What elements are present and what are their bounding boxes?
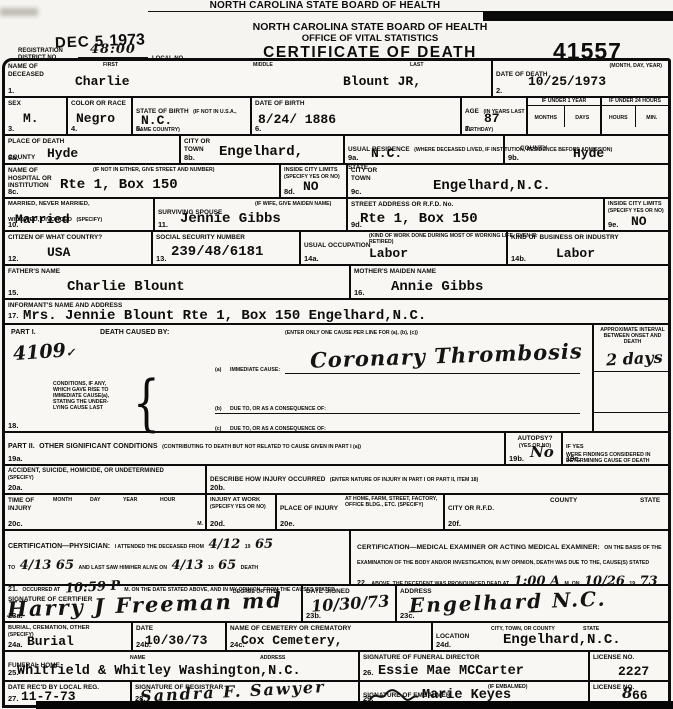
- board-name: NORTH CAROLINA STATE BOARD OF HEALTH: [230, 21, 510, 33]
- row-name: NAME OF DECEASED FIRST MIDDLE LAST Charl…: [5, 61, 668, 98]
- field-sex: SEX M. 3.: [5, 98, 68, 134]
- injury-county-label: COUNTY: [550, 497, 577, 505]
- cert-me-t1: ON THE BASIS OF THE: [604, 545, 661, 551]
- funeral-director-value: Essie Mae MCCarter: [378, 664, 524, 679]
- dod-sublabel: (MONTH, DAY, YEAR): [610, 63, 662, 69]
- item-16: 16.: [354, 288, 364, 297]
- item-8b: 8b.: [184, 153, 195, 162]
- cert-phys-from-year: 65: [255, 537, 273, 552]
- field-hospital: NAME OF HOSPITAL OR INSTITUTION (IF NOT …: [5, 165, 281, 197]
- item-8d: 8d.: [284, 187, 295, 196]
- cert-phys-to-year: 65: [56, 558, 74, 573]
- under1-label: IF UNDER 1 YEAR: [528, 98, 600, 104]
- field-occupation: USUAL OCCUPATION (KIND OF WORK DONE DURI…: [301, 232, 508, 264]
- director-license-value: 2227: [618, 664, 649, 679]
- field-if-under-1-year: IF UNDER 1 YEAR MONTHS DAYS: [528, 98, 602, 134]
- year-header: YEAR: [123, 497, 137, 503]
- sex-value: M.: [23, 111, 39, 126]
- item-24a: 24a.: [8, 640, 23, 649]
- sex-label: SEX: [8, 100, 66, 108]
- field-inside-city-limits-9e: INSIDE CITY LIMITS (SPECIFY YES OR NO) N…: [605, 199, 668, 230]
- last-name-value: Blount JR,: [343, 74, 421, 89]
- item-27: 27.: [8, 694, 18, 703]
- under24-label: IF UNDER 24 HOURS: [602, 98, 668, 104]
- item-20c: 20c.: [8, 519, 23, 528]
- citizen-value: USA: [47, 245, 70, 260]
- field-marital-status: MARRIED, NEVER MARRIED, WIDOWED, DIVORCE…: [5, 199, 155, 230]
- field-industry: KIND OF BUSINESS OR INDUSTRY Labor 14b.: [508, 232, 668, 264]
- certifier-signature: Harry J Freeman md: [7, 587, 284, 622]
- interval-rule-b: [594, 412, 668, 413]
- field-residence-city: CITY OR TOWN Engelhard,N.C. 9c.: [348, 165, 668, 197]
- field-director-license: LICENSE NO. 2227: [590, 652, 668, 680]
- icl8d-value: NO: [303, 179, 319, 194]
- father-label: FATHER'S NAME: [8, 268, 349, 276]
- cemetery-value: Cox Cemetery,: [241, 633, 342, 648]
- item-20d: 20d.: [210, 519, 225, 528]
- item-19b: 19b.: [509, 454, 524, 463]
- field-time-of-injury: TIME OF INJURY MONTH DAY YEAR HOUR M. 20…: [5, 495, 207, 529]
- cert-phys-t3: AND LAST SAW HIM/HER ALIVE ON: [78, 565, 167, 571]
- item-23b: 23b.: [306, 611, 321, 620]
- field-residence-county: COUNTY Hyde 9b.: [505, 136, 668, 163]
- field-manner: ACCIDENT, SUICIDE, HOMICIDE, OR UNDETERM…: [5, 466, 207, 493]
- redaction-bar: [483, 11, 673, 21]
- days-header: DAYS: [575, 115, 589, 121]
- field-date-of-death: DATE OF DEATH (MONTH, DAY, YEAR) 10/25/1…: [493, 61, 668, 96]
- code-4109: 4109✓: [12, 339, 75, 365]
- item-18: 18.: [8, 421, 18, 430]
- code-4109-mark: ✓: [66, 346, 76, 360]
- res-county-value: Hyde: [573, 146, 604, 161]
- item-19c: 19c.: [566, 454, 581, 463]
- ssn-value: 239/48/6181: [171, 244, 263, 260]
- field-funeral-home: FUNERAL HOME NAME ADDRESS Whitfield & Wh…: [5, 652, 360, 680]
- dod-value: 10/25/1973: [528, 74, 606, 89]
- cert-phys-alive-date: 4/13: [172, 558, 204, 573]
- field-age: AGE (IN YEARS LAST BIRTHDAY) 87 7.: [462, 98, 528, 134]
- item-9b: 9b.: [508, 153, 519, 162]
- field-name-of-deceased: NAME OF DECEASED FIRST MIDDLE LAST Charl…: [5, 61, 493, 96]
- field-injury-city-county-state: CITY OR R.F.D. COUNTY STATE 20f.: [445, 495, 668, 529]
- registration-word: REGISTRATION: [18, 48, 63, 55]
- office-name: OFFICE OF VITAL STATISTICS: [230, 33, 510, 44]
- item-19a: 19a.: [8, 454, 23, 463]
- field-place-of-injury: PLACE OF INJURY AT HOME, FARM, STREET, F…: [277, 495, 445, 529]
- race-value: Negro: [76, 111, 115, 126]
- spouse-sublabel: (IF WIFE, GIVE MAIDEN NAME): [255, 201, 331, 207]
- scan-smudge: [0, 8, 38, 16]
- item-9e: 9e.: [608, 220, 618, 229]
- item-2: 2.: [496, 86, 502, 95]
- day-header: DAY: [90, 497, 100, 503]
- burial-type-label: BURIAL, CREMATION, OTHER: [8, 625, 131, 632]
- interval-rule-a: [594, 371, 668, 372]
- mother-value: Annie Gibbs: [391, 279, 483, 295]
- row-part2: PART II. OTHER SIGNIFICANT CONDITIONS (C…: [5, 433, 668, 466]
- item-26: 26.: [363, 668, 373, 677]
- field-informant: INFORMANT'S NAME AND ADDRESS 17. Mrs. Je…: [5, 300, 668, 323]
- part1-interval-column: APPROXIMATE INTERVAL BETWEEN ONSET AND D…: [594, 325, 668, 431]
- mother-label: MOTHER'S MAIDEN NAME: [354, 268, 668, 276]
- field-inside-city-limits-8d: INSIDE CITY LIMITS (SPECIFY YES OR NO) N…: [281, 165, 348, 197]
- marital-label-1: MARRIED, NEVER MARRIED,: [8, 201, 153, 208]
- funeral-home-value: Whitfield & Whitley Washington,N.C.: [17, 664, 301, 679]
- item-20f: 20f.: [448, 519, 461, 528]
- field-burial-type: BURIAL, CREMATION, OTHER (SPECIFY) Buria…: [5, 623, 133, 650]
- place-sublabel: AT HOME, FARM, STREET, FACTORY, OFFICE B…: [345, 497, 440, 508]
- cert-phys-to-date: 4/13: [20, 558, 52, 573]
- row-certification: CERTIFICATION—PHYSICIAN: I ATTENDED THE …: [5, 531, 668, 586]
- work-sublabel: (SPECIFY YES OR NO): [210, 504, 275, 510]
- part2-sublabel: (CONTRIBUTING TO DEATH BUT NOT RELATED T…: [162, 444, 361, 450]
- part2-main: PART II. OTHER SIGNIFICANT CONDITIONS (C…: [5, 433, 506, 464]
- item-9a: 9a.: [348, 153, 358, 162]
- citizen-label: CITIZEN OF WHAT COUNTRY?: [8, 234, 151, 242]
- industry-value: Labor: [556, 246, 595, 261]
- part2-label: OTHER SIGNIFICANT CONDITIONS: [39, 443, 157, 450]
- field-cemetery: NAME OF CEMETERY OR CREMATORY Cox Cemete…: [227, 623, 433, 650]
- top-banner-rule: [148, 11, 488, 12]
- row-informant: INFORMANT'S NAME AND ADDRESS 17. Mrs. Je…: [5, 300, 668, 325]
- cert-phys-from-date: 4/12: [208, 537, 240, 552]
- row-citizen: CITIZEN OF WHAT COUNTRY? USA 12. SOCIAL …: [5, 232, 668, 266]
- conditions-brace: {: [133, 367, 160, 438]
- row-injury-manner: ACCIDENT, SUICIDE, HOMICIDE, OR UNDETERM…: [5, 466, 668, 495]
- dob-value: 8/24/ 1886: [258, 112, 336, 127]
- burial-type-value: Burial: [27, 634, 74, 649]
- first-name-value: Charlie: [75, 74, 130, 89]
- hospital-value: Rte 1, Box 150: [60, 177, 178, 193]
- item-8a: 8a.: [8, 153, 18, 162]
- field-residence-state: USUAL RESIDENCE (WHERE DECEASED LIVED, I…: [345, 136, 505, 163]
- field-burial-date: DATE 10/30/73 24b.: [133, 623, 227, 650]
- part1-main: PART I. DEATH CAUSED BY: (ENTER ONLY ONE…: [5, 325, 594, 431]
- time-label-1: TIME OF: [8, 497, 205, 505]
- item-9c: 9c.: [351, 187, 361, 196]
- place-label: PLACE OF INJURY: [280, 505, 338, 512]
- cert-me-t2: EXAMINATION OF THE BODY AND/OR INVESTIGA…: [357, 560, 668, 566]
- res-city-value: Engelhard,N.C.: [433, 178, 551, 194]
- item-24b: 24b.: [136, 640, 151, 649]
- marital-value: Married: [15, 212, 70, 227]
- item-4: 4.: [71, 124, 77, 133]
- item-25: 25.: [8, 668, 18, 677]
- date-signed-value: 10/30/73: [310, 591, 390, 615]
- hour-header: HOUR: [160, 497, 175, 503]
- director-license-label: LICENSE NO.: [593, 654, 668, 662]
- injury-state-label: STATE: [640, 497, 660, 505]
- field-pod-county: PLACE OF DEATH COUNTY Hyde 8a.: [5, 136, 181, 163]
- autopsy-label: AUTOPSY?: [509, 435, 561, 443]
- row-marital: MARRIED, NEVER MARRIED, WIDOWED, DIVORCE…: [5, 199, 668, 232]
- conditions-note: CONDITIONS, IF ANY, WHICH GAVE RISE TO I…: [53, 381, 109, 411]
- field-autopsy: AUTOPSY? (YES OR NO) No 19b.: [506, 433, 563, 464]
- hospital-sublabel: (IF NOT IN EITHER, GIVE STREET AND NUMBE…: [93, 167, 214, 173]
- field-ssn: SOCIAL SECURITY NUMBER 239/48/6181 13.: [153, 232, 301, 264]
- field-race: COLOR OR RACE Negro 4.: [68, 98, 133, 134]
- birth-state-value: N.C.: [141, 113, 172, 128]
- item-9d: 9d.: [351, 220, 362, 229]
- field-how-injury: DESCRIBE HOW INJURY OCCURRED (ENTER NATU…: [207, 466, 668, 493]
- item-23a: 23a.: [8, 611, 23, 620]
- field-state-of-birth: STATE OF BIRTH (IF NOT IN U.S.A., NAME C…: [133, 98, 252, 134]
- am-pm-m-label: M.: [197, 521, 203, 527]
- marital-sublabel: (SPECIFY): [76, 217, 102, 223]
- item-3: 3.: [8, 124, 14, 133]
- cemetery-label: NAME OF CEMETERY OR CREMATORY: [230, 625, 431, 633]
- field-certifier-address: ADDRESS Engelhard N.C. 23c.: [397, 586, 668, 621]
- item-6: 6.: [255, 124, 261, 133]
- cert-phys-t2: TO: [8, 565, 15, 571]
- certification-physician: CERTIFICATION—PHYSICIAN: I ATTENDED THE …: [5, 531, 351, 584]
- location-value: Engelhard,N.C.: [503, 632, 621, 648]
- field-citizen: CITIZEN OF WHAT COUNTRY? USA 12.: [5, 232, 153, 264]
- field-signature-of-certifier: SIGNATURE OF CERTIFIER DEGREE OR TITLE H…: [5, 586, 303, 621]
- row-hospital: NAME OF HOSPITAL OR INSTITUTION (IF NOT …: [5, 165, 668, 199]
- findings-label-1: IF YES: [566, 444, 584, 450]
- field-date-signed: DATE SIGNED 10/30/73 23b.: [303, 586, 397, 621]
- part1-title: PART I.: [11, 329, 36, 337]
- field-if-under-24-hours: IF UNDER 24 HOURS HOURS MIN.: [602, 98, 668, 134]
- how-injury-sublabel: (ENTER NATURE OF INJURY IN PART I OR PAR…: [330, 477, 478, 483]
- icl9e-value: NO: [631, 214, 647, 229]
- cert-phys-t1: I ATTENDED THE DECEASED FROM: [115, 544, 204, 550]
- last-header: LAST: [410, 62, 424, 68]
- spouse-value: Jennie Gibbs: [180, 211, 281, 227]
- row-funeral: FUNERAL HOME NAME ADDRESS Whitfield & Wh…: [5, 652, 668, 682]
- cond-line-5: LYING CAUSE LAST: [53, 405, 109, 411]
- field-father: FATHER'S NAME Charlie Blount 15.: [5, 266, 351, 298]
- certification-medical-examiner: CERTIFICATION—MEDICAL EXAMINER OR ACTING…: [351, 531, 668, 584]
- field-funeral-director: SIGNATURE OF FUNERAL DIRECTOR Essie Mae …: [360, 652, 590, 680]
- injury-city-label: CITY OR R.F.D.: [448, 505, 494, 512]
- field-surviving-spouse: SURVIVING SPOUSE (IF WIFE, GIVE MAIDEN N…: [155, 199, 348, 230]
- autopsy-value: No: [530, 443, 554, 461]
- item-12: 12.: [8, 254, 18, 263]
- field-pod-city: CITY OR TOWN Engelhard, 8b.: [181, 136, 345, 163]
- district-number-value: 48:00: [78, 42, 148, 58]
- field-street-address: STREET ADDRESS OR R.F.D. No. Rte 1, Box …: [348, 199, 605, 230]
- item-24c: 24c.: [230, 640, 245, 649]
- item-14b: 14b.: [511, 254, 526, 263]
- burial-date-label: DATE: [136, 625, 225, 633]
- part1-note: (ENTER ONLY ONE CAUSE PER LINE FOR (a), …: [285, 330, 418, 336]
- icl9e-label: INSIDE CITY LIMITS: [608, 201, 668, 208]
- min-header: MIN.: [646, 115, 657, 121]
- res-state-value: N.C.: [371, 146, 402, 161]
- cert-phys-19b: 19: [208, 565, 214, 571]
- field-mother: MOTHER'S MAIDEN NAME Annie Gibbs 16.: [351, 266, 668, 298]
- interval-header-2: BETWEEN ONSET AND DEATH: [597, 333, 668, 345]
- under24-subcolumns: HOURS MIN.: [602, 105, 668, 127]
- death-certificate-scan: NORTH CAROLINA STATE BOARD OF HEALTH DEC…: [0, 0, 673, 709]
- first-header: FIRST: [103, 62, 118, 68]
- dob-label: DATE OF BIRTH: [255, 100, 460, 108]
- father-value: Charlie Blount: [67, 279, 185, 295]
- item-5: 5.: [136, 124, 142, 133]
- item-17: 17.: [8, 311, 18, 320]
- pod-city-value: Engelhard,: [219, 144, 303, 160]
- item-20a: 20a.: [8, 483, 23, 492]
- how-injury-label: DESCRIBE HOW INJURY OCCURRED: [210, 476, 325, 483]
- place-of-death-label: PLACE OF DEATH: [8, 138, 179, 146]
- line-a-label: IMMEDIATE CAUSE:: [230, 367, 280, 373]
- item-7: 7.: [465, 124, 471, 133]
- occupation-value: Labor: [369, 246, 408, 261]
- res-county-label: COUNTY: [520, 145, 547, 153]
- months-header: MONTHS: [535, 115, 557, 121]
- row-demographics: SEX M. 3. COLOR OR RACE Negro 4. STATE O…: [5, 98, 668, 136]
- row-signature: SIGNATURE OF CERTIFIER DEGREE OR TITLE H…: [5, 586, 668, 623]
- item-13: 13.: [156, 254, 166, 263]
- cert-phys-alive-year: 65: [218, 558, 236, 573]
- field-injury-at-work: INJURY AT WORK (SPECIFY YES OR NO) 20d.: [207, 495, 277, 529]
- manner-label: ACCIDENT, SUICIDE, HOMICIDE, OR UNDETERM…: [8, 468, 205, 475]
- middle-header: MIDDLE: [253, 62, 273, 68]
- top-banner: NORTH CAROLINA STATE BOARD OF HEALTH: [195, 0, 455, 11]
- funeral-director-label: SIGNATURE OF FUNERAL DIRECTOR: [363, 654, 588, 662]
- line-a-letter: (a): [215, 367, 221, 373]
- street-label: STREET ADDRESS OR R.F.D. No.: [351, 201, 603, 209]
- row-part1: PART I. DEATH CAUSED BY: (ENTER ONLY ONE…: [5, 325, 668, 433]
- item-20b: 20b.: [210, 483, 225, 492]
- pod-county-value: Hyde: [47, 146, 78, 161]
- line-c-letter: (c): [215, 426, 221, 432]
- informant-value: Mrs. Jennie Blount Rte 1, Box 150 Engelh…: [23, 308, 426, 324]
- row-burial: BURIAL, CREMATION, OTHER (SPECIFY) Buria…: [5, 623, 668, 652]
- funeral-address-sublabel: ADDRESS: [260, 655, 285, 661]
- icl9e-sublabel: (SPECIFY YES OR NO): [608, 208, 668, 214]
- under1-subcolumns: MONTHS DAYS: [528, 105, 600, 127]
- cert-phys-heading: CERTIFICATION—PHYSICIAN:: [8, 543, 110, 550]
- item-20e: 20e.: [280, 519, 295, 528]
- field-autopsy-findings: IF YES WERE FINDINGS CONSIDERED IN DETER…: [563, 433, 668, 464]
- age-value: 87: [484, 111, 500, 126]
- race-label: COLOR OR RACE: [71, 100, 131, 108]
- ssn-label: SOCIAL SECURITY NUMBER: [156, 234, 299, 242]
- item-15: 15.: [8, 288, 18, 297]
- cert-phys-19a: 19: [245, 544, 251, 550]
- field-date-of-birth: DATE OF BIRTH 8/24/ 1886 6.: [252, 98, 462, 134]
- item-11: 11.: [158, 220, 168, 229]
- cert-phys-death-word: DEATH: [241, 565, 258, 571]
- row-place-of-death: PLACE OF DEATH COUNTY Hyde 8a. CITY OR T…: [5, 136, 668, 165]
- line-b-rule: [215, 385, 580, 414]
- embalmer-license-handwritten: 8: [622, 684, 632, 702]
- field-burial-location: LOCATION CITY, TOWN, OR COUNTY STATE Eng…: [433, 623, 668, 650]
- manner-sublabel: (SPECIFY): [8, 475, 205, 481]
- line-c-label: DUE TO, OR AS A CONSEQUENCE OF:: [230, 426, 326, 432]
- row-parents: FATHER'S NAME Charlie Blount 15. MOTHER'…: [5, 266, 668, 300]
- item-8c: 8c.: [8, 187, 18, 196]
- interval-a-value: 2 days: [606, 348, 663, 370]
- item-1: 1.: [8, 86, 14, 95]
- item-14a: 14a.: [304, 254, 319, 263]
- part2-title: PART II.: [8, 443, 35, 450]
- industry-label: KIND OF BUSINESS OR INDUSTRY: [511, 234, 668, 242]
- code-4109-value: 4109: [12, 340, 66, 366]
- res-city-label-1: CITY OR: [351, 167, 668, 175]
- work-label: INJURY AT WORK: [210, 497, 275, 504]
- burial-date-value: 10/30/73: [145, 633, 207, 648]
- scan-black-bar: [36, 701, 673, 709]
- cert-me-heading: CERTIFICATION—MEDICAL EXAMINER OR ACTING…: [357, 544, 600, 551]
- icl8d-label: INSIDE CITY LIMITS: [284, 167, 346, 174]
- age-label: AGE: [465, 108, 479, 115]
- time-label-2: INJURY: [8, 505, 205, 513]
- certificate-form: NAME OF DECEASED FIRST MIDDLE LAST Charl…: [2, 58, 671, 708]
- occupation-label: USUAL OCCUPATION: [304, 242, 370, 249]
- funeral-name-sublabel: NAME: [130, 655, 145, 661]
- part1-caused-by: DEATH CAUSED BY:: [100, 329, 169, 337]
- hours-header: HOURS: [609, 115, 628, 121]
- row-injury-time: TIME OF INJURY MONTH DAY YEAR HOUR M. 20…: [5, 495, 668, 531]
- item-10: 10.: [8, 220, 18, 229]
- street-value: Rte 1, Box 150: [360, 211, 478, 227]
- month-header: MONTH: [53, 497, 72, 503]
- location-label: LOCATION: [436, 633, 469, 640]
- item-23c: 23c.: [400, 611, 415, 620]
- item-24d: 24d.: [436, 640, 451, 649]
